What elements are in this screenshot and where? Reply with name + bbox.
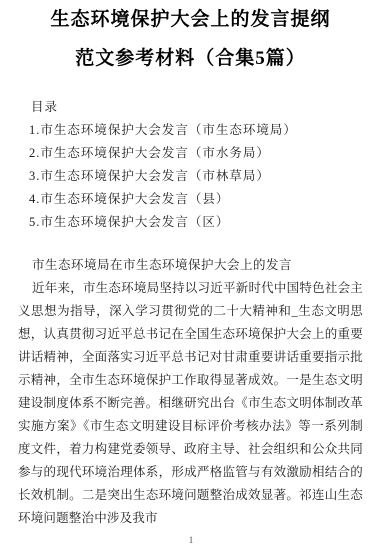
- document-page: 生态环境保护大会上的发言提纲 范文参考材料（合集5篇） 目录 1.市生态环境保护…: [0, 0, 382, 550]
- toc-item-2: 2.市生态环境保护大会发言（市水务局）: [18, 142, 363, 165]
- toc-item-1: 1.市生态环境保护大会发言（市生态环境局）: [18, 119, 363, 142]
- table-of-contents: 目录 1.市生态环境保护大会发言（市生态环境局） 2.市生态环境保护大会发言（市…: [18, 96, 363, 234]
- doc-title-line1: 生态环境保护大会上的发言提纲: [18, 0, 363, 39]
- body-section: 市生态环境局在市生态环境保护大会上的发言 近年来，市生态环境局坚持以习近平新时代…: [18, 254, 363, 530]
- toc-item-3: 3.市生态环境保护大会发言（市林草局）: [18, 165, 363, 188]
- section-heading: 市生态环境局在市生态环境保护大会上的发言: [18, 254, 363, 277]
- toc-item-5: 5.市生态环境保护大会发言（区）: [18, 211, 363, 234]
- toc-item-4: 4.市生态环境保护大会发言（县）: [18, 188, 363, 211]
- page-number: 1: [0, 535, 382, 545]
- body-paragraph: 近年来，市生态环境局坚持以习近平新时代中国特色社会主义思想为指导，深入学习贯彻党…: [18, 277, 363, 530]
- doc-title-line2: 范文参考材料（合集5篇）: [18, 39, 363, 78]
- toc-heading: 目录: [18, 96, 363, 119]
